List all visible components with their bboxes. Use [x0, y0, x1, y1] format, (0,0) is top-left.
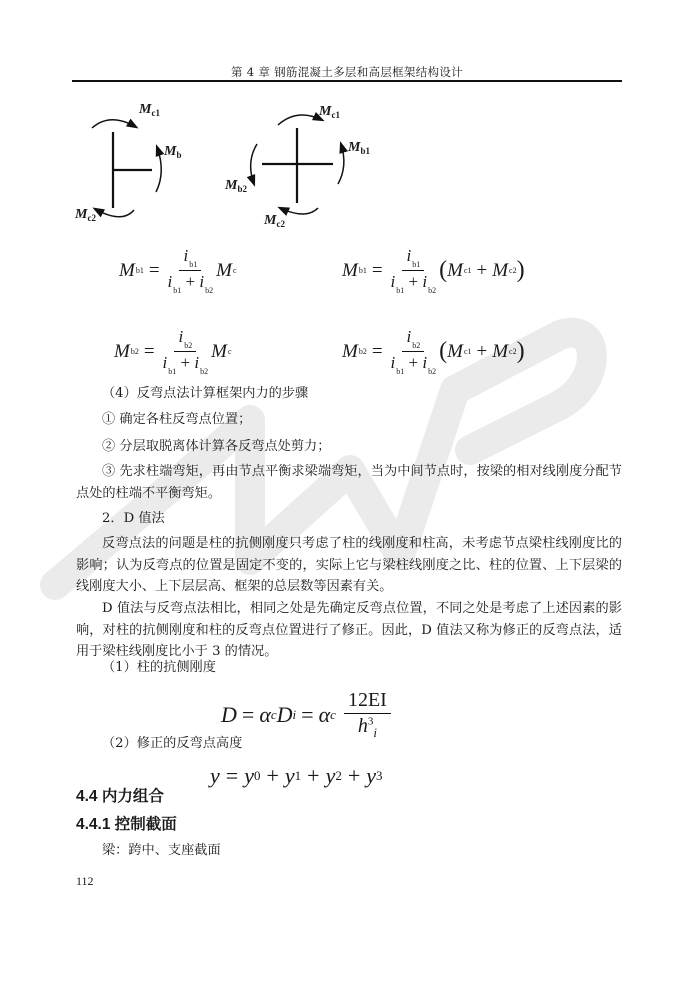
subheading-inflection-height: （2）修正的反弯点高度 — [76, 733, 622, 755]
moment-label-c2: Mc2 — [264, 213, 285, 229]
edge-joint-diagram: Mc1 Mb Mc2 — [70, 100, 190, 230]
step-title: （4）反弯点法计算框架内力的步骤 — [76, 383, 622, 405]
equation-mb2-middle: Mb2 = ib2 ib1 + ib2 (Mc1 +Mc2) — [342, 327, 525, 376]
middle-joint-diagram: Mc1 Mb1 Mb2 Mc2 — [222, 100, 387, 235]
moment-label-c1: Mc1 — [139, 102, 160, 118]
moment-label-b2: Mb2 — [225, 178, 247, 194]
subheading-lateral-stiffness: （1）柱的抗侧刚度 — [76, 657, 622, 679]
step-2: ② 分层取脱离体计算各反弯点处剪力； — [76, 436, 622, 458]
page-number: 112 — [76, 874, 94, 889]
header-rule — [72, 80, 622, 82]
step-3: ③ 先求柱端弯矩，再由节点平衡求梁端弯矩，当为中间节点时，按梁的相对线刚度分配节… — [76, 461, 622, 504]
equation-inflection-height: y= y0+ y1+ y2+ y3 — [210, 763, 383, 789]
moment-label-b1: Mb1 — [348, 140, 370, 156]
middle-joint-figure — [222, 100, 387, 235]
moment-label-b: Mb — [164, 144, 181, 160]
paragraph-1: 反弯点法的问题是柱的抗侧刚度只考虑了柱的线刚度和柱高，未考虑节点梁柱线刚度比的影… — [76, 533, 622, 598]
equation-mb2-edge: Mb2 = ib2 ib1 + ib2 Mc — [114, 327, 232, 376]
paragraph-2: D 值法与反弯点法相比，相同之处是先确定反弯点位置，不同之处是考虑了上述因素的影… — [76, 598, 622, 663]
step-1: ① 确定各柱反弯点位置； — [76, 409, 622, 431]
moment-label-c1: Mc1 — [319, 104, 340, 120]
equation-mb1-middle: Mb1 = ib1 ib1 + ib2 (Mc1 +Mc2) — [342, 246, 525, 295]
section-heading-4-4: 4.4 内力组合 — [76, 784, 164, 806]
equation-mb1-edge: Mb1 = ib1 ib1 + ib2 Mc — [119, 246, 237, 295]
beam-control-sections: 梁：跨中、支座截面 — [76, 840, 622, 862]
running-header: 第 4 章 钢筋混凝土多层和高层框架结构设计 — [72, 64, 622, 80]
d-method-heading: 2．D 值法 — [76, 508, 622, 530]
moment-label-c2: Mc2 — [75, 207, 96, 223]
section-heading-4-4-1: 4.4.1 控制截面 — [76, 812, 177, 834]
